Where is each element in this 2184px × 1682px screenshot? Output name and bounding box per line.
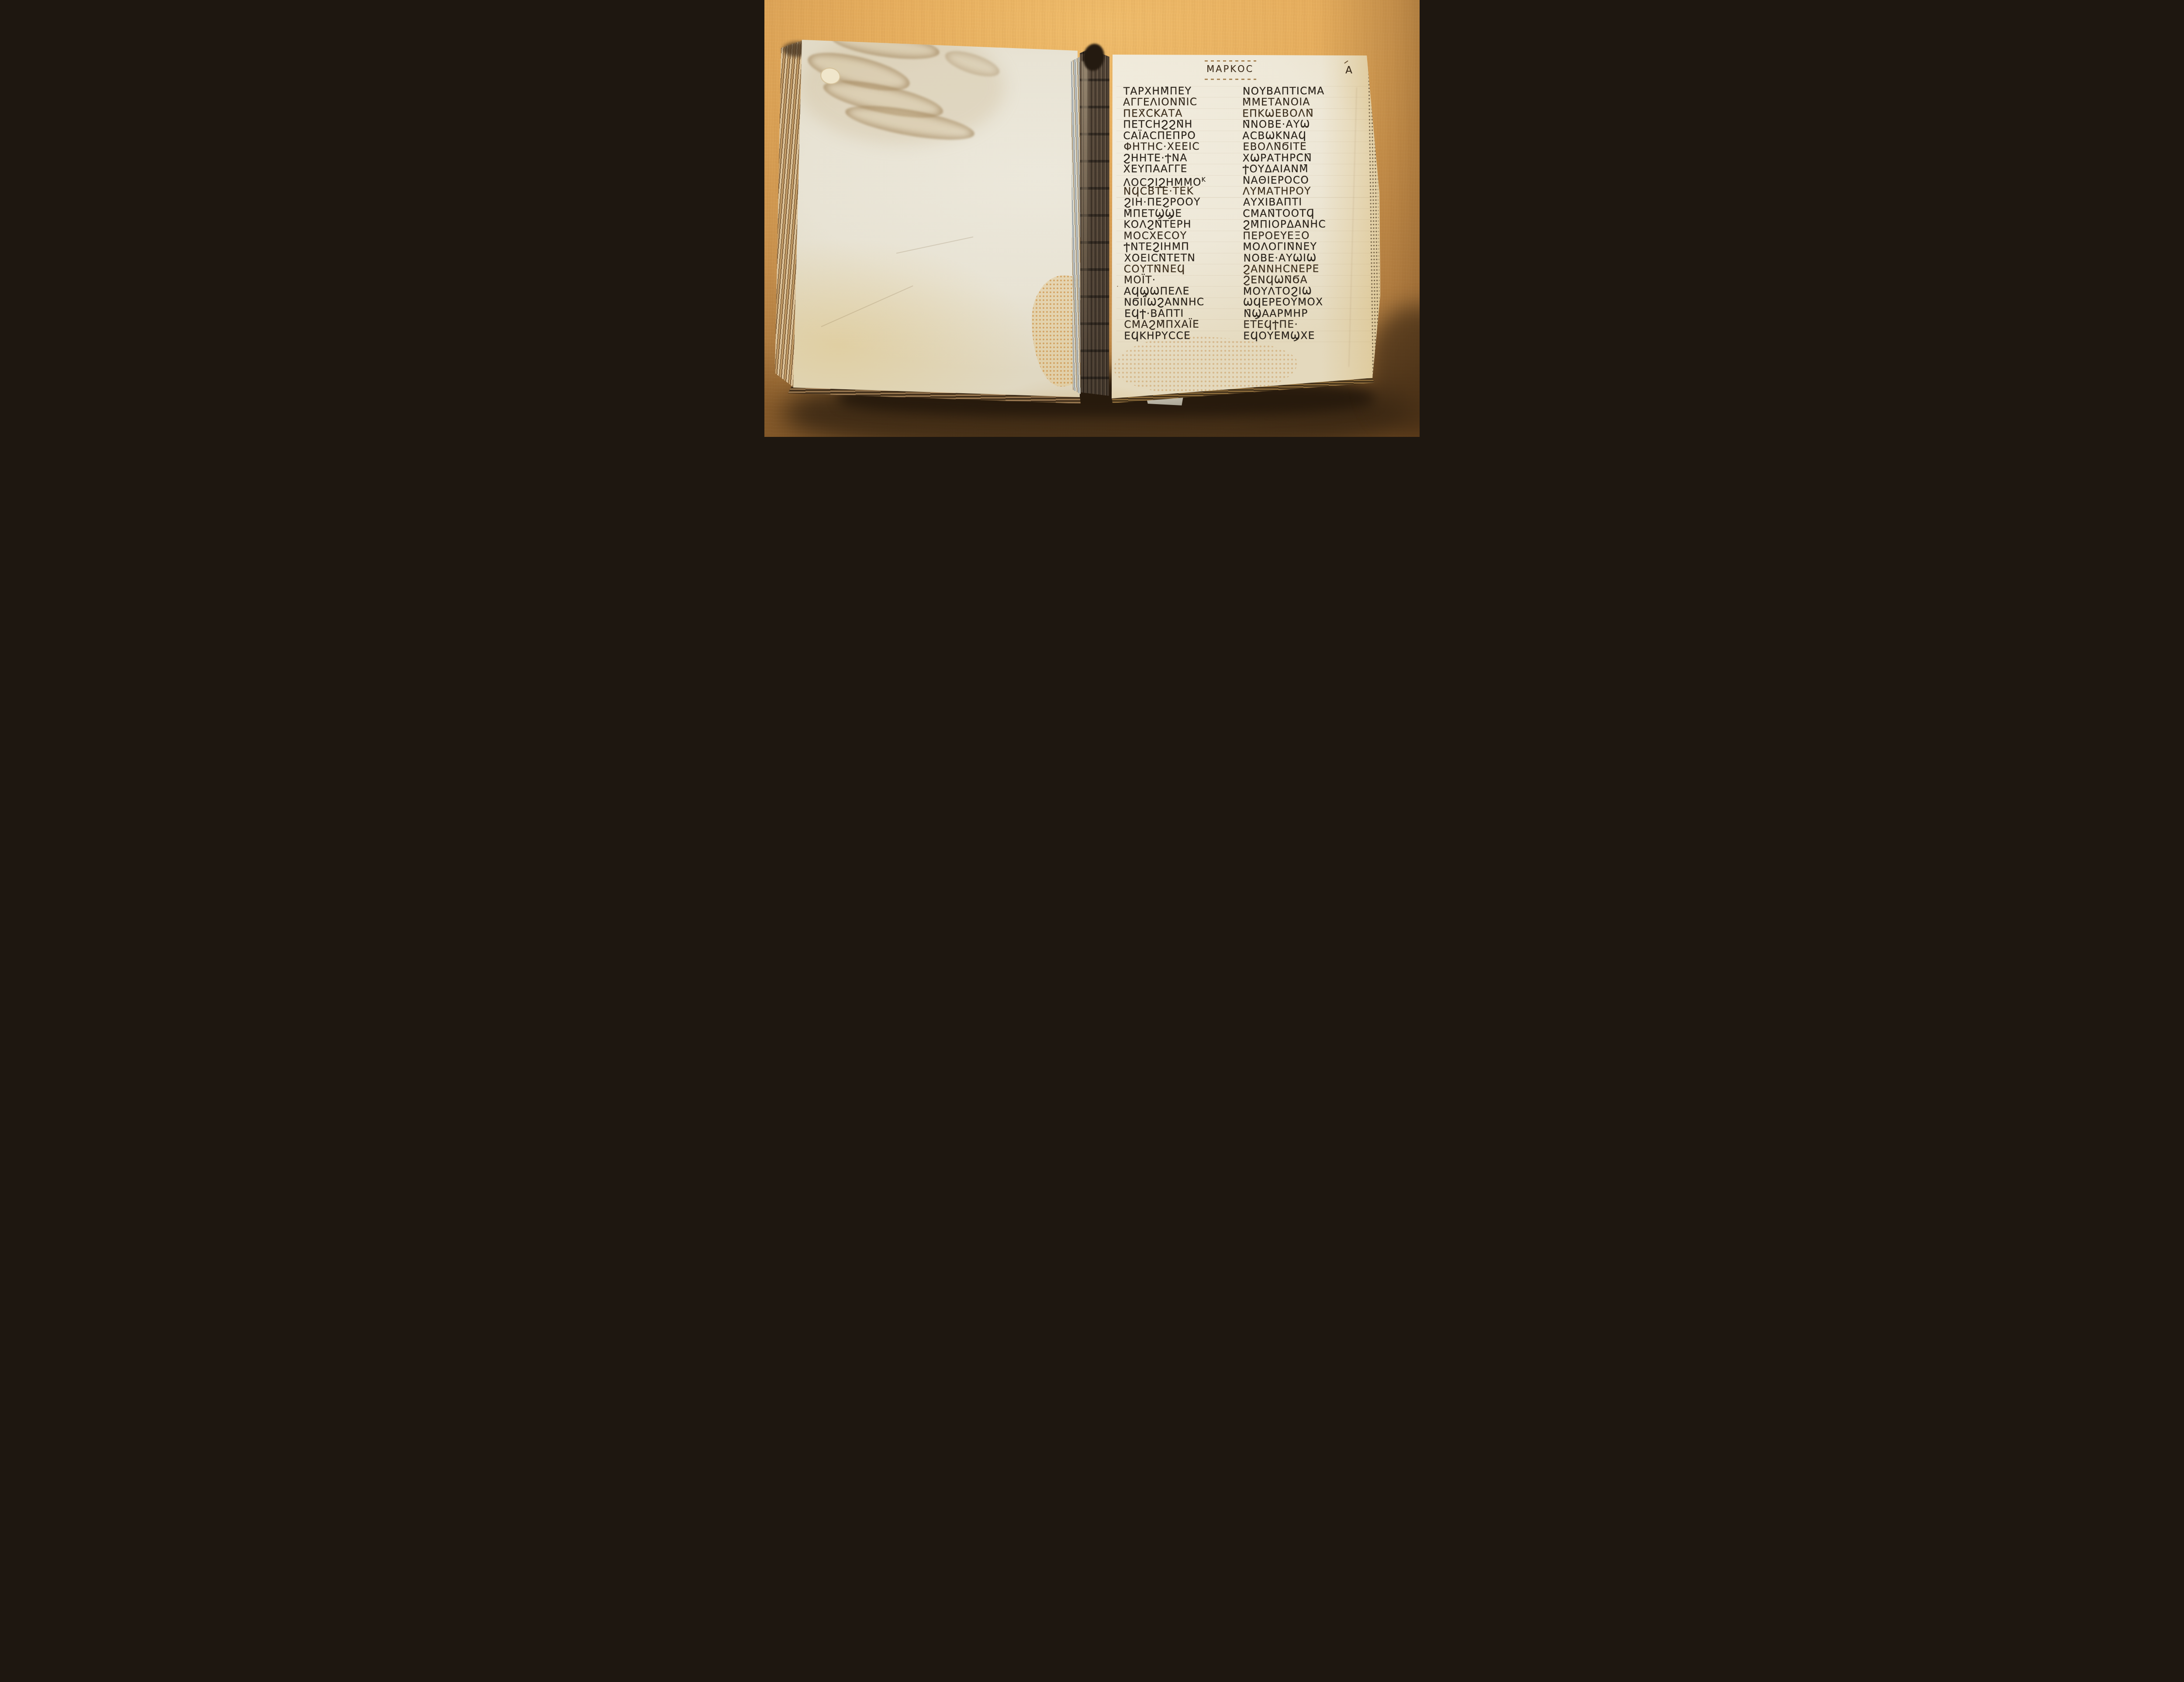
text-line: ϹΑΪΑϹΠΕΠΡΟ <box>1123 130 1205 141</box>
text-line: ΝΟΥΒΑΠΤΙϹΜΑ <box>1243 86 1326 97</box>
text-line: ΧΟΕΙϹΝ̄ΤΕΤΝ <box>1124 252 1206 263</box>
text-line: ΛΥΜΑΤΗΡΟΥ <box>1243 186 1326 197</box>
text-line: ΝϬΙΪѠϨΑΝΝΗϹ <box>1124 297 1206 308</box>
crease-line <box>821 285 913 327</box>
text-line: ΧΕΥΠΑΑΓΓΕ <box>1123 163 1206 175</box>
text-line: ΕϤϮ·ΒΑΠΤΙ <box>1124 308 1206 319</box>
text-line: ΜΟΥΛΤΟϨΙѠ <box>1243 285 1327 297</box>
text-line: ΝϤϹΒΤΕ·ΤΕΚ <box>1123 186 1206 197</box>
text-column-left: ΤΑΡΧΗΜ̄ΠΕΥ ΑΓΓΕΛΙΟΝΝ̄ΙϹ ΠΕΧ̄Ϲ̄ΚΑΤΑ ΠΕΤϹΗ… <box>1123 86 1206 342</box>
text-line: ΤΑΡΧΗΜ̄ΠΕΥ <box>1123 86 1206 97</box>
text-line: ΠΕΤϹΗϨϨΝ̄Η <box>1123 119 1205 130</box>
text-line: ΜΟΛΟΓΙΝ̄ΝΕΥ <box>1243 241 1326 253</box>
text-line: ΠΕΡΟΕΥΕΞΟ <box>1243 230 1326 241</box>
text-line: Μ̄ΜΕΤΑΝΟΙΑ <box>1242 97 1326 108</box>
text-line: ϹΜΑΝ̄ΤΟΟΤϤ̄ <box>1243 208 1326 219</box>
text-line: ΑϹΒѠΚΝΑϤ <box>1242 130 1326 141</box>
text-line: Ν̄ϢΑΑΡΜΗΡ <box>1244 308 1327 319</box>
text-line: ϮΝΤΕϨΙΗΜΠ <box>1123 241 1206 253</box>
text-line: ΜΟϹΧΕϹΟΥ <box>1123 230 1206 241</box>
crease-line <box>896 236 973 253</box>
text-line: ΕΒΟΛΝ̄ϬΙΤΕ <box>1243 141 1326 152</box>
text-line: ϮΟΥΔΑΙΑΝΜ̄ <box>1243 163 1326 175</box>
header-title: ΜΑΡΚΟϹ <box>1206 64 1263 74</box>
text-line: ΕΠΚѠΕΒΟΛΝ̄ <box>1242 107 1326 119</box>
text-line: ϨΑΝΝΗϹΝΕΡΕ <box>1243 263 1327 275</box>
text-line: Ν̄ΝΟΒΕ·ΑΥѠ <box>1242 119 1326 130</box>
text-line: ϹΟΥΤΝ̄ΝΕϤ <box>1124 263 1206 275</box>
header-ornament-top <box>1205 60 1256 62</box>
text-line: ΛΟϹϨΙϨΗΜΜΟΚ <box>1123 174 1206 186</box>
text-line: ΕϤΚΗΡΥϹϹΕ <box>1124 330 1206 341</box>
text-line: ΧѠΡΑΤΗΡϹ̄Ν̄ <box>1242 152 1326 163</box>
text-line: ΠΕΧ̄Ϲ̄ΚΑΤΑ <box>1123 107 1205 119</box>
text-line: ΝΑΘΙΕΡΟϹΟ <box>1243 174 1326 186</box>
text-line: ΕΤΕϤϮΠΕ· <box>1243 319 1327 330</box>
text-line: ΜΟΪΤ· <box>1124 274 1206 286</box>
text-line: ΦΗΤΗϹ·ΧΕΕΙϹ <box>1123 141 1206 152</box>
text-line: ϨΙΗ·ΠΕϨΡΟΟΥ <box>1124 197 1206 208</box>
text-line: ΑΥΧΙΒΑΠΤΙ <box>1243 197 1327 208</box>
spine-highlight <box>1082 61 1088 384</box>
text-line: ϨΕΝϤѠΝ̄ϬΑ <box>1243 274 1327 286</box>
text-line: ΑΓΓΕΛΙΟΝΝ̄ΙϹ <box>1123 97 1205 108</box>
page-number-accent <box>1344 60 1348 63</box>
text-line: ΝΟΒΕ·ΑΥѠΙѠ <box>1243 252 1327 263</box>
text-column-right: ΝΟΥΒΑΠΤΙϹΜΑ Μ̄ΜΕΤΑΝΟΙΑ ΕΠΚѠΕΒΟΛΝ̄ Ν̄ΝΟΒΕ… <box>1242 86 1327 342</box>
page-number: Α <box>1345 65 1352 76</box>
photo-canvas: ΜΑΡΚΟϹ Α · ΤΑΡΧΗΜ̄ΠΕΥ ΑΓΓΕΛΙΟΝΝ̄ΙϹ ΠΕΧ̄Ϲ… <box>764 0 1420 437</box>
text-line: ϹΜΑϨΜ̄ΠΧΑΪΕ <box>1124 319 1206 330</box>
text-line: ϨΗΗΤΕ·ϮΝΑ <box>1123 152 1205 163</box>
text-line: ѠϤΕΡΕΟΥΜΟΧ <box>1243 297 1327 308</box>
text-line: Μ̄ΠΕΤϢϢΕ <box>1123 208 1206 219</box>
header-ornament-bottom <box>1205 79 1256 80</box>
superscript-letter: Κ <box>1202 176 1206 183</box>
text-line: ϨΜ̄ΠΙΟΡΔΑΝΗϹ <box>1243 219 1326 230</box>
text-line: ΚΟΛϨΝ̄ΤΕΡΗ <box>1123 219 1206 230</box>
text-line: ΕϤΟΥΕΜϢΧΕ <box>1243 330 1327 341</box>
